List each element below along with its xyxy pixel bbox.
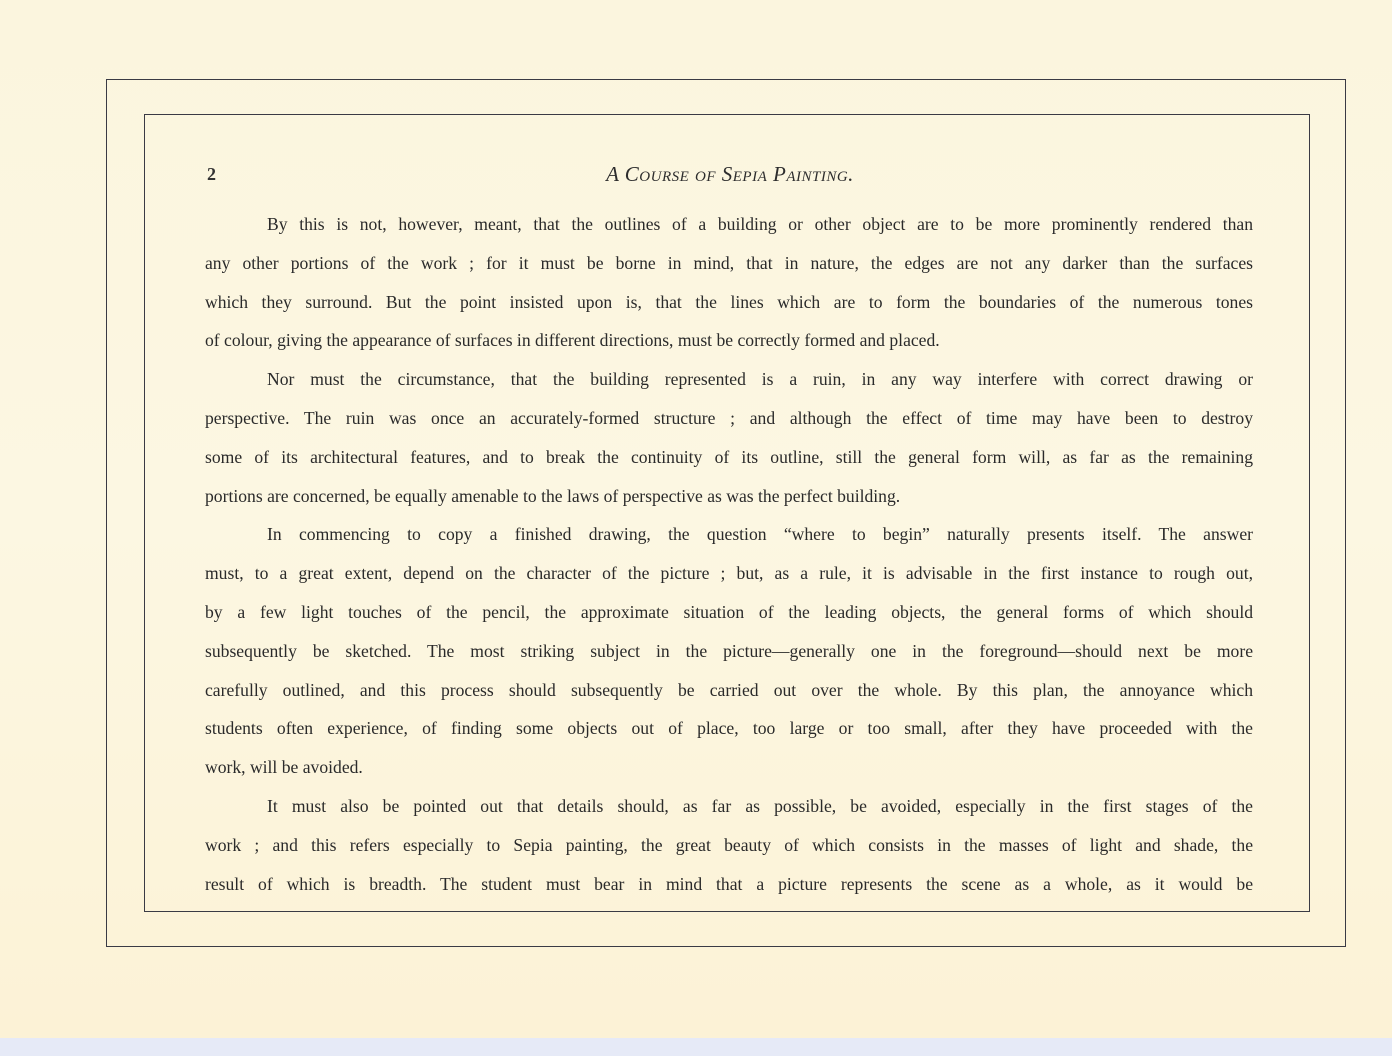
page-number: 2 <box>207 164 216 185</box>
body-text: By this is not, however, meant, that the… <box>205 205 1253 903</box>
text-line: must, to a great extent, depend on the c… <box>205 554 1253 593</box>
book-page: 2 A Course of Sepia Painting. By this is… <box>0 0 1392 1040</box>
text-line: which they surround. But the point insis… <box>205 283 1253 322</box>
text-line: It must also be pointed out that details… <box>205 787 1253 826</box>
text-line: perspective. The ruin was once an accura… <box>205 399 1253 438</box>
paragraph: In commencing to copy a finished drawing… <box>205 515 1253 787</box>
text-line: carefully outlined, and this process sho… <box>205 671 1253 710</box>
text-line: portions are concerned, be equally amena… <box>205 477 1253 516</box>
text-line: of colour, giving the appearance of surf… <box>205 321 1253 360</box>
running-head-title: A Course of Sepia Painting. <box>480 162 980 187</box>
text-line: any other portions of the work ; for it … <box>205 244 1253 283</box>
text-line: subsequently be sketched. The most strik… <box>205 632 1253 671</box>
text-line: In commencing to copy a finished drawing… <box>205 515 1253 554</box>
text-line: By this is not, however, meant, that the… <box>205 205 1253 244</box>
text-line: students often experience, of finding so… <box>205 709 1253 748</box>
text-line: Nor must the circumstance, that the buil… <box>205 360 1253 399</box>
paragraph: Nor must the circumstance, that the buil… <box>205 360 1253 515</box>
text-line: by a few light touches of the pencil, th… <box>205 593 1253 632</box>
text-line: work, will be avoided. <box>205 748 1253 787</box>
scan-bottom-edge <box>0 1038 1392 1056</box>
paragraph: By this is not, however, meant, that the… <box>205 205 1253 360</box>
paragraph: It must also be pointed out that details… <box>205 787 1253 903</box>
text-line: work ; and this refers especially to Sep… <box>205 826 1253 865</box>
text-line: some of its architectural features, and … <box>205 438 1253 477</box>
text-line: result of which is breadth. The student … <box>205 865 1253 904</box>
